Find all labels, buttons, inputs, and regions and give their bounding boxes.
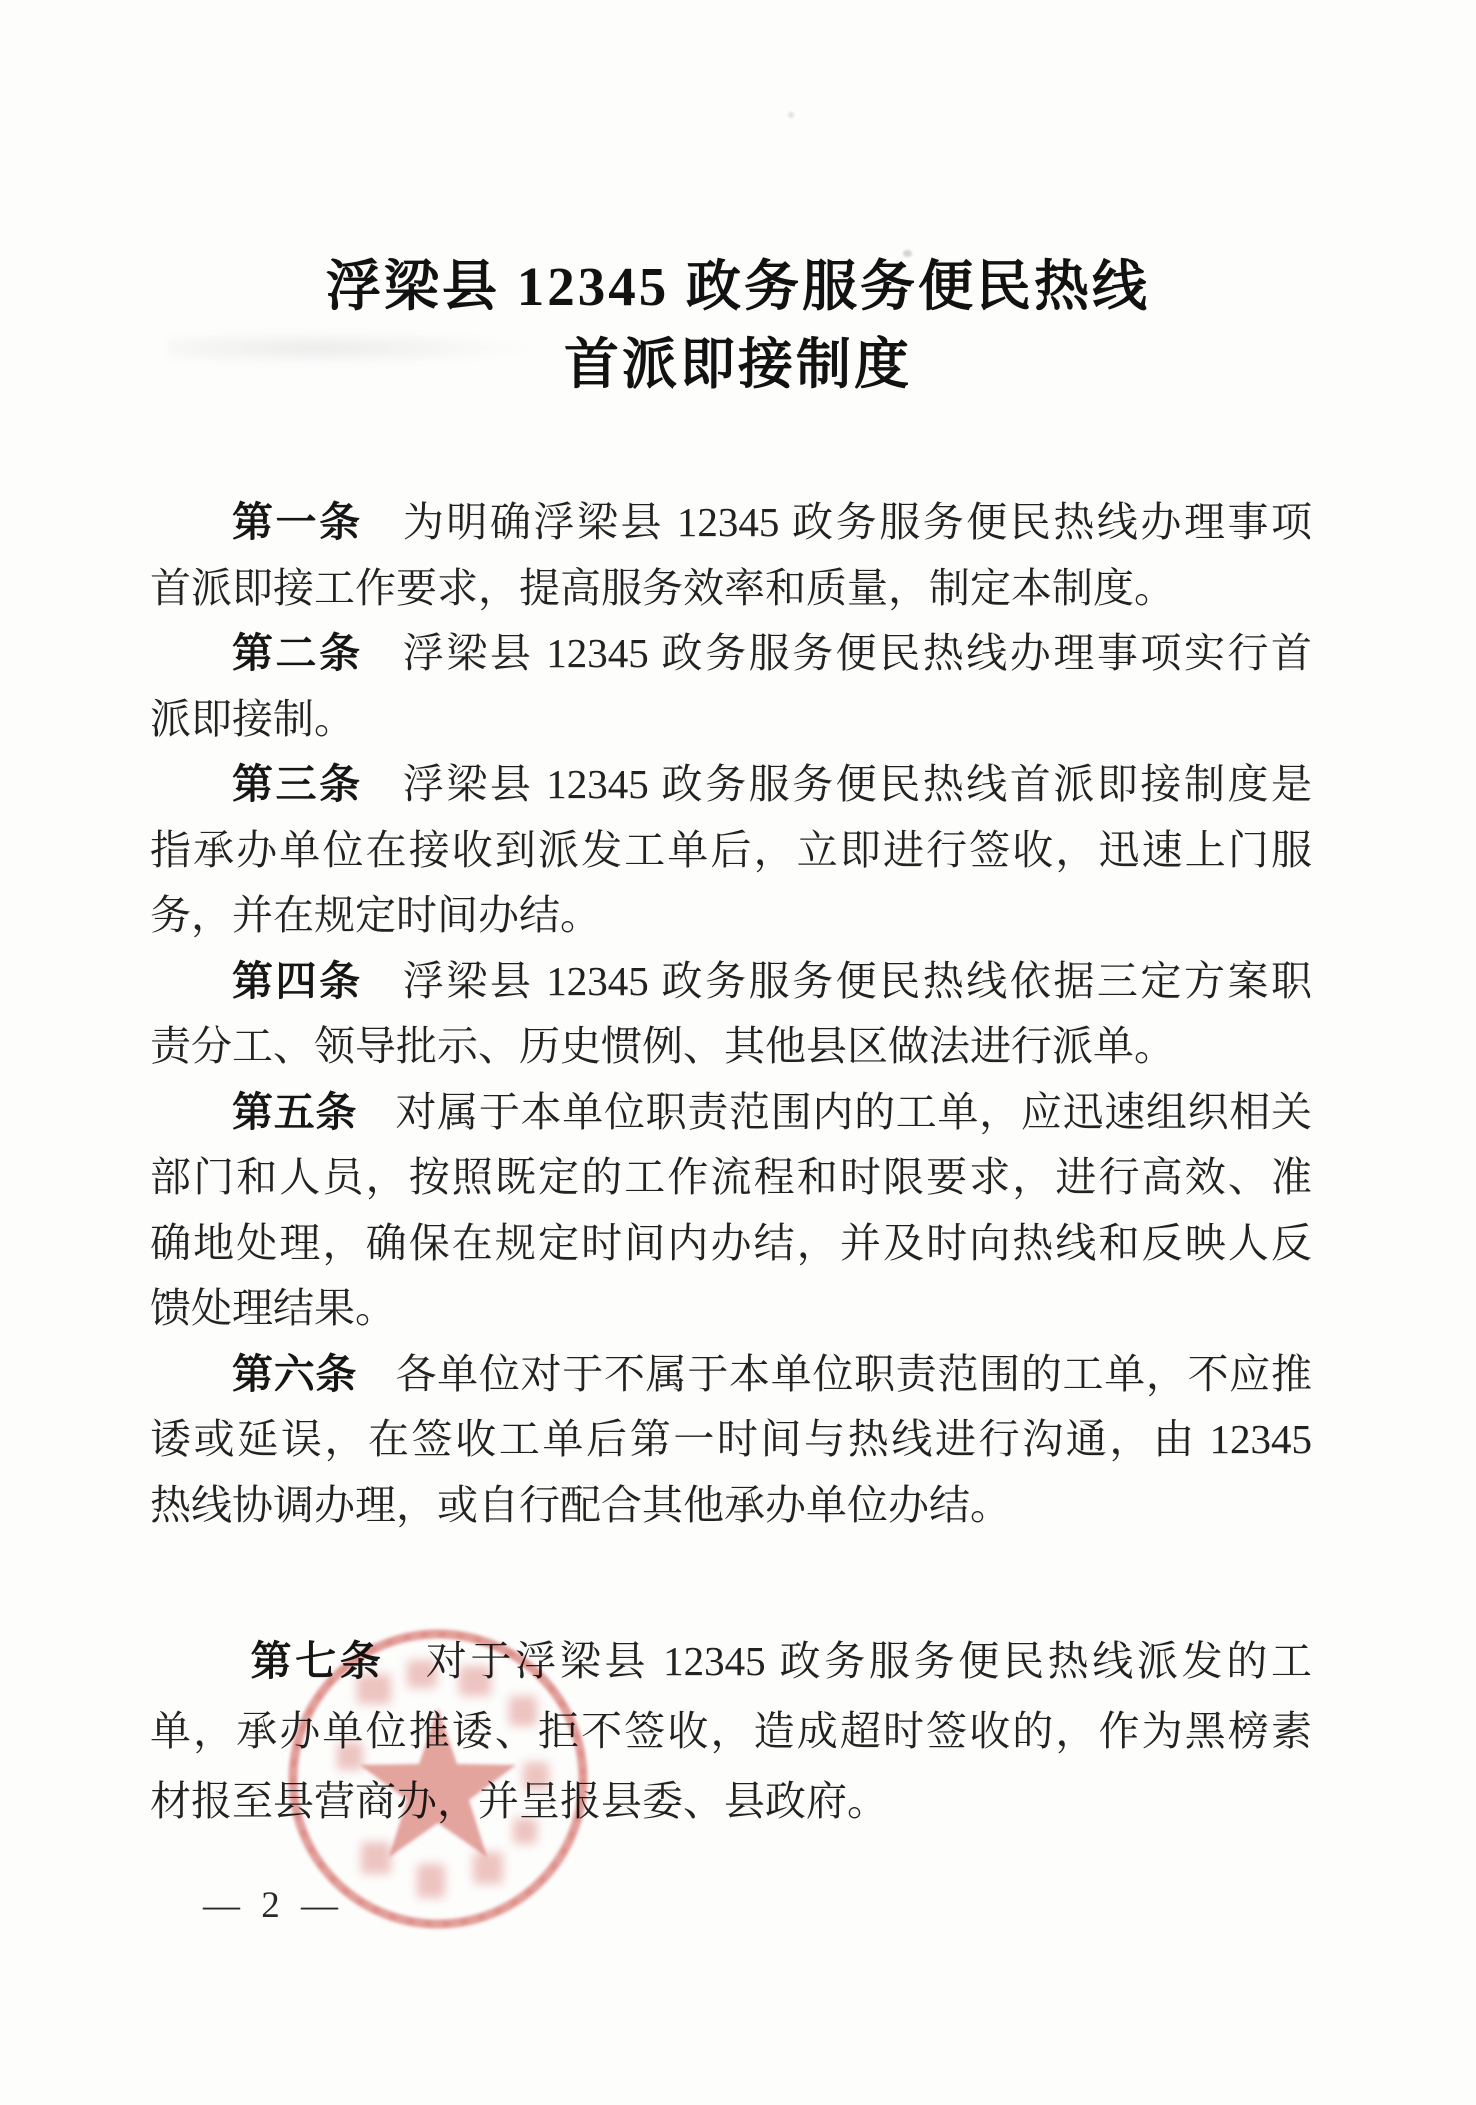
line-text: 为明确浮梁县 12345 政务服务便民热线办理事项: [400, 499, 1312, 545]
paragraph: 第二条浮梁县 12345 政务服务便民热线办理事项实行首派即接制。: [150, 621, 1312, 752]
paragraph: 第七条对于浮梁县 12345 政务服务便民热线派发的工单，承办单位推诿、拒不签收…: [150, 1626, 1312, 1836]
line-text: 对属于本单位职责范围内的工单，应迅速组织相关: [395, 1089, 1312, 1135]
paragraph: 第一条为明确浮梁县 12345 政务服务便民热线办理事项首派即接工作要求，提高服…: [150, 490, 1312, 621]
body-line: 馈处理结果。: [150, 1276, 1312, 1342]
article-number: 第六条: [232, 1351, 357, 1397]
line-text: 材报至县营商办，并呈报县委、县政府。: [150, 1778, 888, 1824]
article-number: 第二条: [232, 630, 363, 676]
body-line: 责分工、领导批示、历史惯例、其他县区做法进行派单。: [150, 1014, 1312, 1080]
document-title: 浮梁县 12345 政务服务便民热线 首派即接制度: [0, 248, 1476, 404]
line-text: 派即接制。: [150, 696, 355, 742]
page-number: — 2 —: [203, 1884, 344, 1927]
body-line: 单，承办单位推诿、拒不签收，造成超时签收的，作为黑榜素: [150, 1696, 1312, 1766]
line-text: 诿或延误，在签收工单后第一时间与热线进行沟通，由 12345: [150, 1416, 1312, 1462]
line-text: 部门和人员，按照既定的工作流程和时限要求，进行高效、准: [150, 1154, 1312, 1200]
line-text: 浮梁县 12345 政务服务便民热线办理事项实行首: [400, 630, 1312, 676]
body-line: 指承办单位在接收到派发工单后，立即进行签收，迅速上门服: [150, 818, 1312, 884]
document-page: 浮梁县 12345 政务服务便民热线 首派即接制度 第一条为明确浮梁县 1234…: [0, 0, 1476, 2105]
body-line: 第五条对属于本单位职责范围内的工单，应迅速组织相关: [150, 1080, 1312, 1146]
line-text: 馈处理结果。: [150, 1285, 396, 1331]
article-number: 第一条: [232, 499, 363, 545]
body-line: 诿或延误，在签收工单后第一时间与热线进行沟通，由 12345: [150, 1407, 1312, 1473]
scan-speck: [788, 112, 794, 118]
body-line: 确地处理，确保在规定时间内办结，并及时向热线和反映人反: [150, 1211, 1312, 1277]
line-text: 确地处理，确保在规定时间内办结，并及时向热线和反映人反: [150, 1220, 1312, 1266]
body-line: 第一条为明确浮梁县 12345 政务服务便民热线办理事项: [150, 490, 1312, 556]
line-text: 务，并在规定时间办结。: [150, 892, 601, 938]
body-line: 派即接制。: [150, 687, 1312, 753]
body-line: 热线协调办理，或自行配合其他承办单位办结。: [150, 1473, 1312, 1539]
body-line: 第四条浮梁县 12345 政务服务便民热线依据三定方案职: [150, 949, 1312, 1015]
article-number: 第四条: [232, 958, 363, 1004]
line-text: 对于浮梁县 12345 政务服务便民热线派发的工: [422, 1638, 1312, 1684]
body-line: 务，并在规定时间办结。: [150, 883, 1312, 949]
line-text: 单，承办单位推诿、拒不签收，造成超时签收的，作为黑榜素: [150, 1708, 1312, 1754]
line-text: 首派即接工作要求，提高服务效率和质量，制定本制度。: [150, 565, 1175, 611]
body-line: 第六条各单位对于不属于本单位职责范围的工单，不应推: [150, 1342, 1312, 1408]
line-text: 热线协调办理，或自行配合其他承办单位办结。: [150, 1482, 1011, 1528]
title-line-2: 首派即接制度: [0, 326, 1476, 404]
article-number: 第七条: [250, 1638, 384, 1684]
line-text: 浮梁县 12345 政务服务便民热线依据三定方案职: [400, 958, 1312, 1004]
paragraph: 第四条浮梁县 12345 政务服务便民热线依据三定方案职责分工、领导批示、历史惯…: [150, 949, 1312, 1080]
article-number: 第三条: [232, 761, 363, 807]
body-line: 第三条浮梁县 12345 政务服务便民热线首派即接制度是: [150, 752, 1312, 818]
body-line: 部门和人员，按照既定的工作流程和时限要求，进行高效、准: [150, 1145, 1312, 1211]
line-text: 各单位对于不属于本单位职责范围的工单，不应推: [395, 1351, 1312, 1397]
body-line: 第二条浮梁县 12345 政务服务便民热线办理事项实行首: [150, 621, 1312, 687]
title-line-1: 浮梁县 12345 政务服务便民热线: [0, 248, 1476, 326]
body-line: 材报至县营商办，并呈报县委、县政府。: [150, 1766, 1312, 1836]
body-line: 第七条对于浮梁县 12345 政务服务便民热线派发的工: [150, 1626, 1312, 1696]
paragraph: 第三条浮梁县 12345 政务服务便民热线首派即接制度是指承办单位在接收到派发工…: [150, 752, 1312, 949]
article-number: 第五条: [232, 1089, 357, 1135]
line-text: 浮梁县 12345 政务服务便民热线首派即接制度是: [400, 761, 1312, 807]
line-text: 指承办单位在接收到派发工单后，立即进行签收，迅速上门服: [150, 827, 1312, 873]
document-body: 第一条为明确浮梁县 12345 政务服务便民热线办理事项首派即接工作要求，提高服…: [150, 490, 1312, 1836]
paragraph: 第五条对属于本单位职责范围内的工单，应迅速组织相关部门和人员，按照既定的工作流程…: [150, 1080, 1312, 1342]
line-text: 责分工、领导批示、历史惯例、其他县区做法进行派单。: [150, 1023, 1175, 1069]
body-line: 首派即接工作要求，提高服务效率和质量，制定本制度。: [150, 556, 1312, 622]
paragraph: 第六条各单位对于不属于本单位职责范围的工单，不应推诿或延误，在签收工单后第一时间…: [150, 1342, 1312, 1539]
